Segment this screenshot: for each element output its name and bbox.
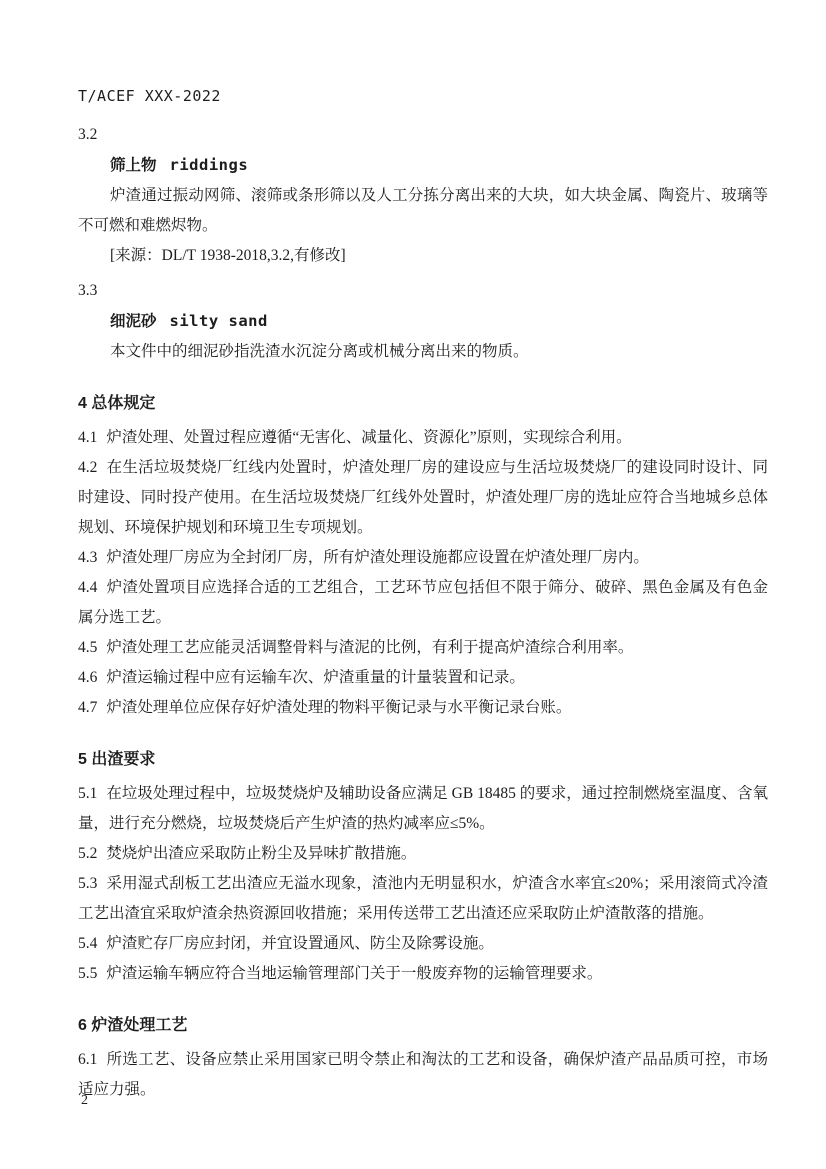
clause-text: 炉渣处理工艺应能灵活调整骨料与渣泥的比例，有利于提高炉渣综合利用率。: [106, 639, 633, 656]
clause-number: 4.4: [78, 579, 97, 596]
section-title-4: 4 总体规定: [78, 389, 768, 419]
clause-text: 炉渣贮存厂房应封闭，并宜设置通风、防尘及除雾设施。: [106, 935, 494, 952]
clause-text: 炉渣运输车辆应符合当地运输管理部门关于一般废弃物的运输管理要求。: [106, 965, 602, 982]
clause-4-2: 4.2在生活垃圾焚烧厂红线内处置时，炉渣处理厂房的建设应与生活垃圾焚烧厂的建设同…: [78, 453, 768, 543]
term-source-3-2: [来源：DL/T 1938-2018,3.2,有修改]: [78, 241, 768, 271]
clause-number: 5.4: [78, 935, 97, 952]
clause-text: 所选工艺、设备应禁止采用国家已明令禁止和淘汰的工艺和设备，确保炉渣产品品质可控，…: [78, 1051, 768, 1098]
term-heading-3-3: 细泥砂silty sand: [78, 306, 768, 337]
clause-number: 5.2: [78, 845, 97, 862]
clause-number: 5.5: [78, 965, 97, 982]
clause-5-4: 5.4炉渣贮存厂房应封闭，并宜设置通风、防尘及除雾设施。: [78, 929, 768, 959]
term-name-zh: 筛上物: [110, 157, 157, 174]
clause-5-5: 5.5炉渣运输车辆应符合当地运输管理部门关于一般废弃物的运输管理要求。: [78, 959, 768, 989]
clause-6-1: 6.1所选工艺、设备应禁止采用国家已明令禁止和淘汰的工艺和设备，确保炉渣产品品质…: [78, 1045, 768, 1105]
section-title-5: 5 出渣要求: [78, 745, 768, 775]
clause-5-3: 5.3采用湿式刮板工艺出渣应无溢水现象，渣池内无明显积水，炉渣含水率宜≤20%；…: [78, 869, 768, 929]
term-number-3-3: 3.3: [78, 276, 768, 306]
clause-text: 采用湿式刮板工艺出渣应无溢水现象，渣池内无明显积水，炉渣含水率宜≤20%；采用滚…: [78, 875, 768, 922]
clause-number: 4.3: [78, 549, 97, 566]
clause-text: 在垃圾处理过程中，垃圾焚烧炉及辅助设备应满足 GB 18485 的要求，通过控制…: [78, 785, 768, 832]
section-title-6: 6 炉渣处理工艺: [78, 1011, 768, 1041]
clause-number: 4.2: [78, 459, 97, 476]
clause-number: 4.5: [78, 639, 97, 656]
term-definition-3-2: 炉渣通过振动网筛、滚筛或条形筛以及人工分拣分离出来的大块，如大块金属、陶瓷片、玻…: [78, 181, 768, 241]
term-number-3-2: 3.2: [78, 120, 768, 150]
clause-text: 焚烧炉出渣应采取防止粉尘及异味扩散措施。: [106, 845, 416, 862]
term-name-en: silty sand: [170, 312, 268, 330]
clause-text: 在生活垃圾焚烧厂红线内处置时，炉渣处理厂房的建设应与生活垃圾焚烧厂的建设同时设计…: [78, 459, 768, 536]
clause-text: 炉渣处理厂房应为全封闭厂房，所有炉渣处理设施都应设置在炉渣处理厂房内。: [106, 549, 649, 566]
page-number: 2: [81, 1092, 88, 1110]
clause-number: 4.7: [78, 699, 97, 716]
page-content: T/ACEF XXX-2022 3.2 筛上物riddings 炉渣通过振动网筛…: [78, 86, 768, 1105]
clause-text: 炉渣处置项目应选择合适的工艺组合，工艺环节应包括但不限于筛分、破碎、黑色金属及有…: [78, 579, 768, 626]
clause-4-4: 4.4炉渣处置项目应选择合适的工艺组合，工艺环节应包括但不限于筛分、破碎、黑色金…: [78, 573, 768, 633]
clause-number: 5.3: [78, 875, 97, 892]
term-heading-3-2: 筛上物riddings: [78, 150, 768, 181]
clause-text: 炉渣运输过程中应有运输车次、炉渣重量的计量装置和记录。: [106, 669, 525, 686]
clause-5-1: 5.1在垃圾处理过程中，垃圾焚烧炉及辅助设备应满足 GB 18485 的要求，通…: [78, 779, 768, 839]
clause-number: 6.1: [78, 1051, 97, 1068]
clause-text: 炉渣处理单位应保存好炉渣处理的物料平衡记录与水平衡记录台账。: [106, 699, 571, 716]
clause-number: 4.6: [78, 669, 97, 686]
clause-4-3: 4.3炉渣处理厂房应为全封闭厂房，所有炉渣处理设施都应设置在炉渣处理厂房内。: [78, 543, 768, 573]
clause-4-1: 4.1炉渣处理、处置过程应遵循“无害化、减量化、资源化”原则，实现综合利用。: [78, 423, 768, 453]
clause-5-2: 5.2焚烧炉出渣应采取防止粉尘及异味扩散措施。: [78, 839, 768, 869]
clause-4-6: 4.6炉渣运输过程中应有运输车次、炉渣重量的计量装置和记录。: [78, 663, 768, 693]
clause-4-5: 4.5炉渣处理工艺应能灵活调整骨料与渣泥的比例，有利于提高炉渣综合利用率。: [78, 633, 768, 663]
term-name-en: riddings: [170, 156, 249, 174]
clause-4-7: 4.7炉渣处理单位应保存好炉渣处理的物料平衡记录与水平衡记录台账。: [78, 693, 768, 723]
clause-number: 5.1: [78, 785, 97, 802]
document-page: T/ACEF XXX-2022 3.2 筛上物riddings 炉渣通过振动网筛…: [0, 0, 826, 1169]
clause-number: 4.1: [78, 429, 97, 446]
clause-text: 炉渣处理、处置过程应遵循“无害化、减量化、资源化”原则，实现综合利用。: [106, 429, 631, 446]
term-definition-3-3: 本文件中的细泥砂指洗渣水沉淀分离或机械分离出来的物质。: [78, 337, 768, 367]
document-code: T/ACEF XXX-2022: [78, 86, 768, 106]
term-name-zh: 细泥砂: [110, 313, 157, 330]
